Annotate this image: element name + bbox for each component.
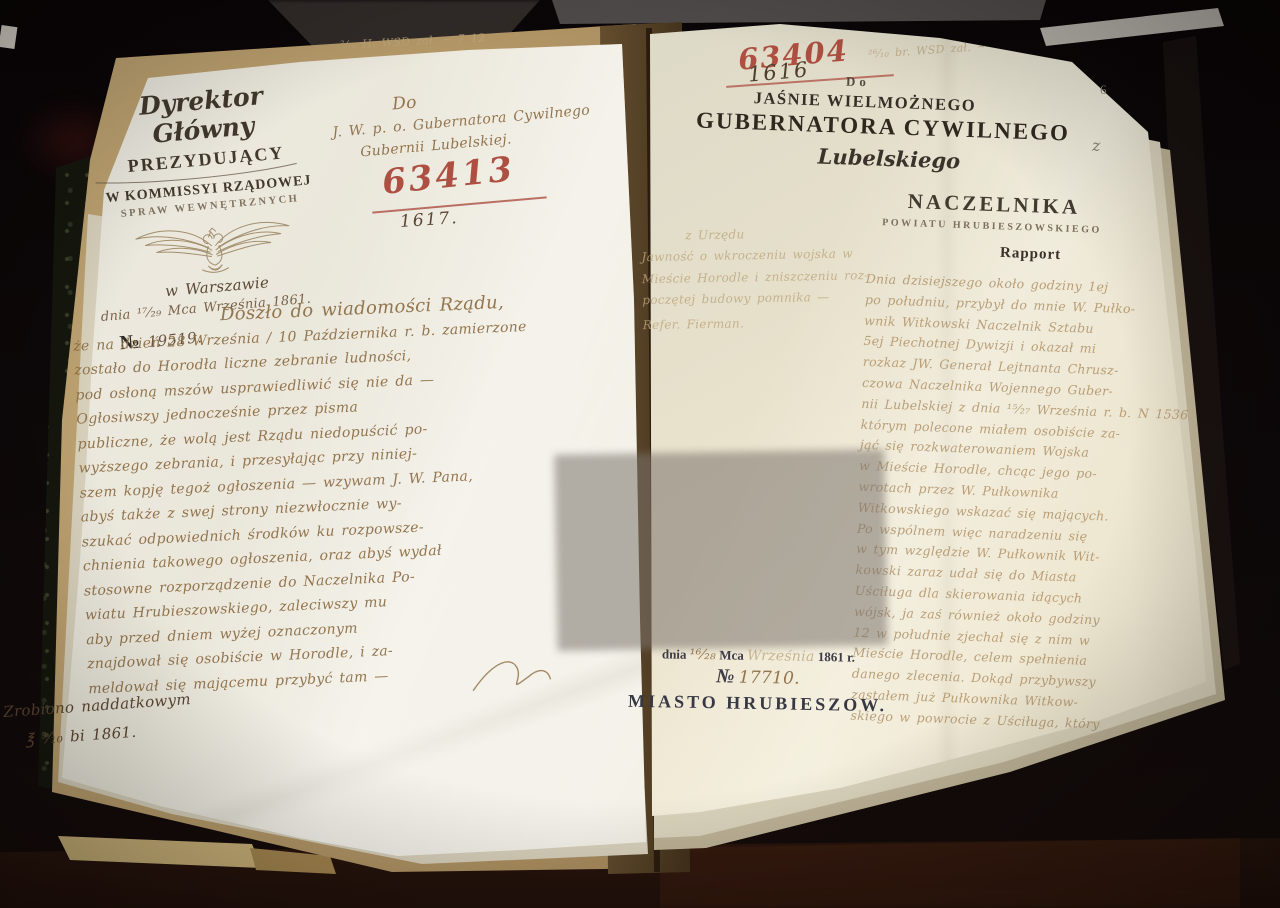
stamp-mca: Mca — [719, 647, 744, 662]
pencil-mark-6: 6 — [1100, 82, 1107, 98]
case-corner-highlight — [0, 25, 17, 49]
stamp-number-value: 17710. — [739, 668, 801, 689]
stamp-number-line: № 17710. — [618, 664, 898, 692]
handwritten-line: Refer. Fierman. — [643, 307, 893, 337]
stamp-year: 1861 r. — [818, 649, 855, 665]
stamp-day-fraction: ¹⁶⁄₂₈ — [690, 647, 717, 663]
printed-do: Do — [846, 74, 870, 91]
handwritten-line: Mieście Horodle i zniszczeniu roz- — [642, 265, 892, 291]
secondary-number-left: 1617. — [399, 208, 459, 232]
museum-display-photo: ²⁄₁₀ H. WSD zał. ~ 7 12 Dyrektor Główny … — [0, 0, 1280, 908]
glass-reflection-rectangle — [554, 449, 887, 651]
hrubieszow-date-stamp: dnia ¹⁶⁄₂₈ Mca Września 1861 r. № 17710.… — [617, 646, 898, 717]
stamp-month: Września — [747, 648, 815, 665]
stamp-numero-sign: № — [716, 665, 735, 687]
subject-margin-note: z UrzęduJawność o wkroczeniu wojska wMie… — [641, 222, 893, 337]
stamp-dnia: dnia — [662, 646, 687, 661]
left-letter-body: Doszło do wiadomości Rządu,że na dzień 2… — [72, 287, 619, 702]
signature-flourish — [464, 645, 557, 701]
sender-rapport: Rapport — [1000, 245, 1062, 264]
